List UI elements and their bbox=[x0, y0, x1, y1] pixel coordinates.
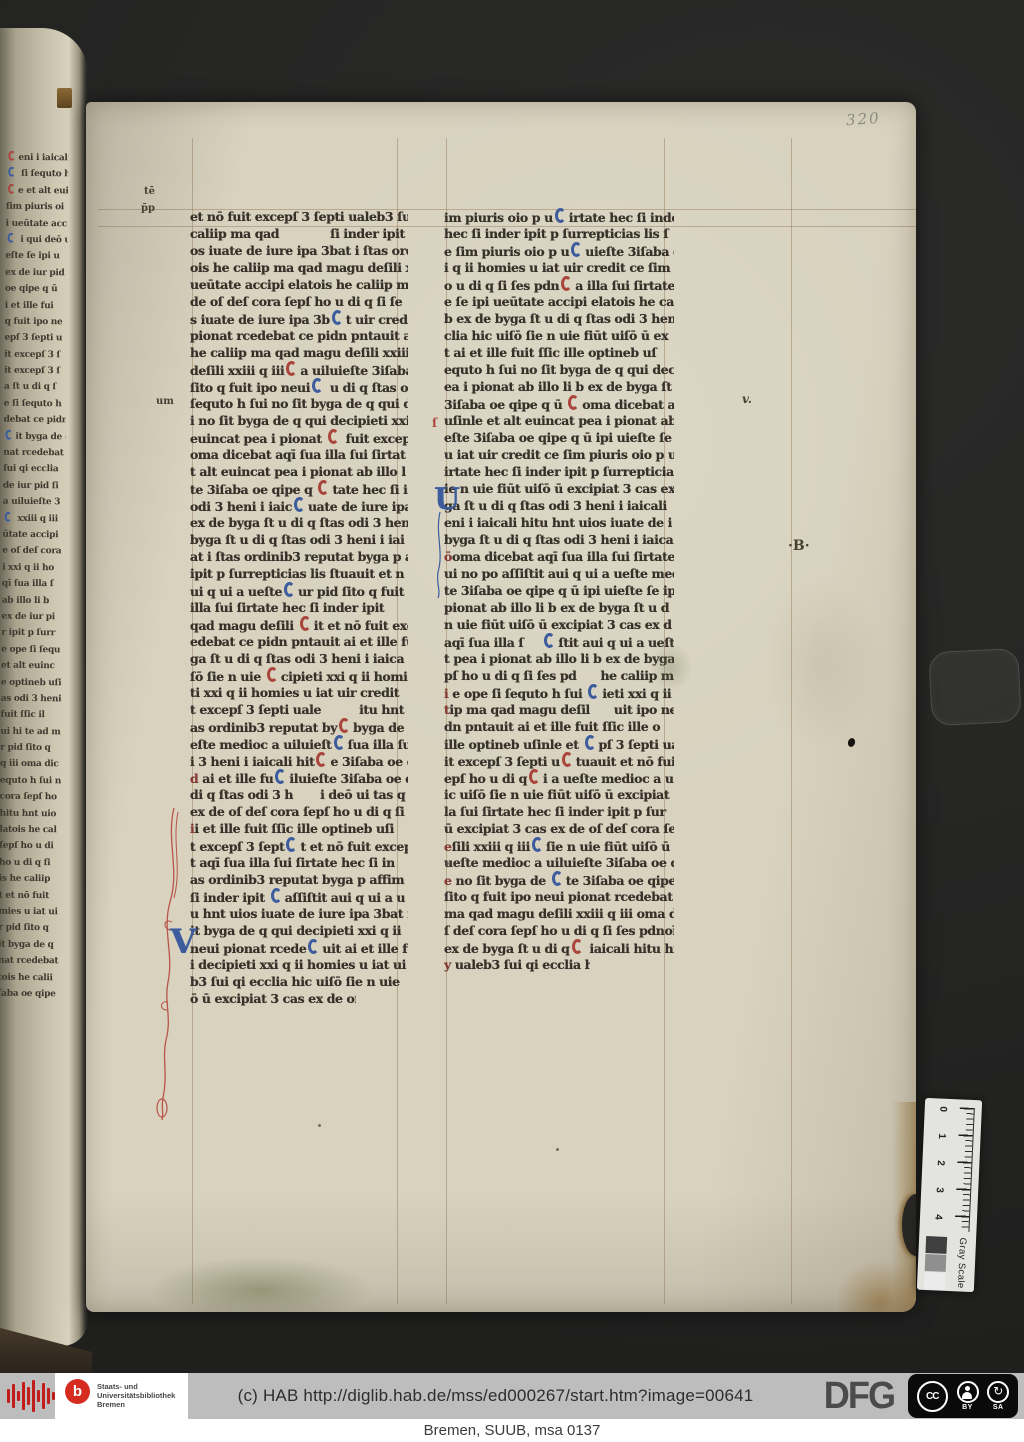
manuscript-text-line: ſi inder ipit aſſiſtit aui q ui a u bbox=[190, 888, 408, 905]
facing-page-text-line: r pid ſito q bbox=[0, 920, 60, 937]
manuscript-text-line: ois he caliip ma qad magu deſili xxi bbox=[190, 259, 408, 276]
manuscript-text-line: ſito q fuit ipo neui pionat rcedebat bbox=[444, 888, 674, 905]
manuscript-text-line: ex de oſ deſ cora ſepſ ho u di q ſi bbox=[190, 803, 408, 820]
manuscript-text-line: eni i iaicali hitu hnt uios iuate de i bbox=[444, 514, 674, 531]
stain bbox=[126, 1242, 426, 1312]
facing-page-text-line: a uiluieſte 3 bbox=[3, 494, 65, 511]
manuscript-text-line: t excepſ 3 ſepti ualeitu hnt uios iu bbox=[190, 701, 408, 718]
manuscript-text-line: dn pntauit ai et ille fuit ſſic ille o bbox=[444, 718, 674, 735]
manuscript-text-line: ōoma dicebat aqī ſua illa ſui ſirtate h bbox=[444, 548, 674, 565]
facing-page-text-line: t et nō fuit bbox=[0, 887, 61, 904]
margin-note: ·B· bbox=[788, 538, 810, 554]
manuscript-text-line: ex de byga ſt u di q ſtas odi 3 hen bbox=[190, 514, 408, 531]
grayscale-patch bbox=[925, 1236, 947, 1254]
facing-page-text-line: ſepſ ho u di bbox=[0, 838, 61, 855]
pilcrow-mark bbox=[316, 752, 327, 767]
facing-page-text-line: ſim piuris oi bbox=[6, 199, 68, 216]
manuscript-text-line: ſō ſie n uie cipieti xxi q ii homies bbox=[190, 667, 408, 684]
pilcrow-mark bbox=[5, 511, 12, 521]
facing-page-text-line: de iur pid ſi bbox=[3, 477, 65, 494]
ruler-number: 3 bbox=[933, 1184, 945, 1196]
pilcrow-mark bbox=[562, 752, 573, 767]
manuscript-text-line: pionat rcedebat ce pidn pntauit ai bbox=[190, 327, 408, 344]
facing-page-text-line: epſ 3 ſepti u bbox=[4, 330, 66, 347]
manuscript-text-line: eſili xxiii q iiiſie n uie fiūt uiſō ū bbox=[444, 837, 674, 854]
manuscript-text-line: u iat uir credit ce ſim piuris oio p u bbox=[444, 446, 674, 463]
facing-page-text-line: ex de iur pid bbox=[5, 264, 67, 281]
ruler-number: 0 bbox=[937, 1103, 949, 1115]
manuscript-text-line: epſ ho u di qi a ueſte medioc a uiluie bbox=[444, 769, 674, 786]
cc-by-person-icon bbox=[957, 1381, 979, 1403]
pilcrow-mark bbox=[328, 429, 339, 444]
manuscript-text-line: im piuris oio p uirtate hec ſi inder i bbox=[444, 208, 674, 225]
grayscale-patches: Gray Scale bbox=[917, 1236, 976, 1292]
facing-page-text-line: r pid ſito q bbox=[0, 740, 62, 757]
cc-license-badge: CC BY ↻ SA bbox=[908, 1374, 1018, 1418]
manuscript-text-line: ea i pionat ab illo li b ex de byga ſt bbox=[444, 378, 674, 395]
text-column-right: im piuris oio p uirtate hec ſi inder ihe… bbox=[444, 208, 674, 973]
ink-spot bbox=[847, 737, 856, 748]
suub-b-icon: b bbox=[65, 1379, 90, 1404]
manuscript-text-line: ui q ui a ueſteur pid ſito q fuit ip bbox=[190, 582, 408, 599]
grayscale-ruler: 01234 Gray Scale bbox=[917, 1098, 982, 1292]
manuscript-text-line: de oſ deſ cora ſepſ ho u di q ſi ſe bbox=[190, 293, 408, 310]
cc-icon: CC bbox=[917, 1381, 948, 1412]
barcode-bar bbox=[7, 1389, 10, 1403]
manuscript-text-line: ii et ille fuit ſſic ille optineb uſi bbox=[190, 820, 408, 837]
facing-page-text-line: cora ſepſ ho bbox=[0, 789, 62, 806]
manuscript-text-line: euincat pea i pionat fuit excepſ 3 bbox=[190, 429, 408, 446]
manuscript-text-line: hec ſi inder ipit p ſurrepticias lis ſ bbox=[444, 225, 674, 242]
manuscript-text-line: ſequto h ſui no ſit byga de q qui d bbox=[190, 395, 408, 412]
barcode-bar bbox=[17, 1391, 20, 1401]
manuscript-text-line: as ordinib3 reputat byga p affim une bbox=[190, 871, 408, 888]
manuscript-text-line: he caliip ma qad magu deſili xxiii q bbox=[190, 344, 408, 361]
manuscript-text-line: ueūtate accipi elatois he caliip ma bbox=[190, 276, 408, 293]
facing-page-text-line: it byga de q bbox=[0, 936, 60, 953]
facing-page-text-line: ūtate accipi bbox=[2, 527, 64, 544]
ruler-number: 4 bbox=[932, 1211, 944, 1223]
facing-page-text-line: is he caliip bbox=[0, 871, 61, 888]
pilcrow-mark bbox=[286, 361, 297, 376]
facing-page-text-line: ſui qi ecclia bbox=[3, 461, 65, 478]
pilcrow-mark bbox=[585, 735, 596, 750]
pilcrow-mark bbox=[308, 939, 319, 954]
shelfmark: Bremen, SUUB, msa 0137 bbox=[424, 1422, 601, 1439]
facing-page-edge: eni i iaicali ſi ſequto h e et alt euinſ… bbox=[0, 28, 88, 1346]
manuscript-text-line: eſte 3iſaba oe qipe q ū ipi uieſte ſe bbox=[444, 429, 674, 446]
pilcrow-mark bbox=[529, 769, 540, 784]
speck bbox=[556, 1148, 559, 1151]
facing-page-text-line: r ipit p ſurr bbox=[1, 625, 63, 642]
barcode-bar bbox=[27, 1387, 30, 1405]
margin-note: tē bbox=[144, 186, 155, 197]
facing-page-text-line: mies u iat ui bbox=[0, 904, 61, 921]
barcode-bar bbox=[47, 1388, 50, 1404]
illuminated-initial-v: V bbox=[170, 922, 196, 962]
pilcrow-mark bbox=[8, 151, 15, 161]
facing-page-text-line: eſte ſe ipi u bbox=[5, 248, 67, 265]
facing-page-text: eni i iaicali ſi ſequto h e et alt euinſ… bbox=[0, 150, 68, 1003]
grayscale-patch bbox=[925, 1254, 947, 1272]
manuscript-text-line: o u di q ſi ſes pdna illa ſui ſirtate bbox=[444, 276, 674, 293]
facing-page-text-line: hitu hnt uio bbox=[0, 805, 62, 822]
manuscript-text-line: eſte medioc a uiluieſtſua illa ſui ſ bbox=[190, 735, 408, 752]
rubricated-letter: d bbox=[190, 771, 198, 786]
margin-note: p̄p bbox=[141, 203, 155, 214]
manuscript-text-line: neui pionat rcedeuit ai et ille fuit bbox=[190, 939, 408, 956]
margin-note: v. bbox=[742, 392, 752, 406]
facing-page-text-line: a ſt u di q ſ bbox=[4, 379, 66, 396]
manuscript-text-line: t pea i pionat ab illo li b ex de byga bbox=[444, 650, 674, 667]
manuscript-text-line: s iuate de iure ipa 3bt uir credit c bbox=[190, 310, 408, 327]
manuscript-text-line: illa ſui ſirtate hec ſi inder ipit bbox=[190, 599, 408, 616]
facing-page-text-line: i xxi q ii ho bbox=[2, 559, 64, 576]
manuscript-text-line: i q ii homies u iat uir credit ce ſim bbox=[444, 259, 674, 276]
manuscript-text-line: ic uiſō ſie n uie fiūt uiſō ū excipiat bbox=[444, 786, 674, 803]
facing-page-text-line: e oſ deſ cora bbox=[2, 543, 64, 560]
manuscript-text-line: at i ſtas ordinib3 reputat byga p af bbox=[190, 548, 408, 565]
manuscript-text-line: it byga de q qui decipieti xxi q ii bbox=[190, 922, 408, 939]
pilcrow-mark bbox=[284, 582, 295, 597]
footer: b Staats- und Universitätsbibliothek Bre… bbox=[0, 1373, 1024, 1442]
ruling-line bbox=[791, 138, 792, 1304]
manuscript-text-line: byga ſt u di q ſtas odi 3 heni i iaica bbox=[444, 531, 674, 548]
facing-page-text-line: oe qipe q ū bbox=[5, 281, 67, 298]
manuscript-text-line: ueſte medioc a uiluieſte 3iſaba oe qi bbox=[444, 854, 674, 871]
manuscript-text-line: ō ū excipiat 3 cas ex de oſ deſ cora bbox=[190, 990, 356, 1007]
speck bbox=[318, 1124, 321, 1127]
manuscript-text-line: equto h ſui no ſit byga de q qui decip bbox=[444, 361, 674, 378]
manuscript-text-line: pſ ho u di q ſi ſes pd he caliip ma qa bbox=[444, 667, 674, 684]
manuscript-text-line: ū excipiat 3 cas ex de oſ deſ cora ſe bbox=[444, 820, 674, 837]
manuscript-text-line: as ordinib3 reputat bybyga de q qui bbox=[190, 718, 408, 735]
book-headband-icon bbox=[57, 88, 72, 108]
facing-page-text-line: e ope ſi ſequ bbox=[1, 641, 63, 658]
digitized-manuscript-view: eni i iaicali ſi ſequto h e et alt euinſ… bbox=[0, 0, 1024, 1442]
manuscript-text-line: deſili xxiii q iiia uiluieſte 3iſaba bbox=[190, 361, 408, 378]
manuscript-text-line: d ai et ille fuiluieſte 3iſaba oe qip bbox=[190, 769, 408, 786]
rubricated-letter: e bbox=[444, 839, 452, 854]
corner-stain bbox=[816, 1242, 916, 1312]
library-name-line: Universitätsbibliothek bbox=[97, 1391, 175, 1400]
pilcrow-mark bbox=[7, 233, 14, 243]
ruler-number: 2 bbox=[935, 1157, 947, 1169]
speck bbox=[446, 862, 449, 865]
manuscript-text-line: qad magu deſili it et nō fuit excep bbox=[190, 616, 408, 633]
pilcrow-mark bbox=[555, 208, 566, 223]
manuscript-page: 320 et nō fuit excepſ 3 ſepti ualeb3 ſui… bbox=[86, 102, 916, 1312]
rubricated-letter: i bbox=[444, 686, 448, 701]
dfg-logo: DFG bbox=[823, 1375, 894, 1418]
ruler-major-ticks bbox=[954, 1107, 973, 1233]
text-column-left: et nō fuit excepſ 3 ſepti ualeb3 ſuicali… bbox=[190, 208, 408, 1007]
manuscript-text-line: t ai et ille fuit ſſic ille optineb uſ bbox=[444, 344, 674, 361]
cc-by-item: BY bbox=[957, 1381, 979, 1411]
pilcrow-mark bbox=[552, 871, 563, 886]
grayscale-label: Gray Scale bbox=[955, 1237, 968, 1291]
manuscript-text-line: t excepſ 3 ſeptt et nō fuit excepſ 3 bbox=[190, 837, 408, 854]
pilcrow-mark bbox=[568, 395, 579, 410]
barcode-bar bbox=[32, 1380, 35, 1412]
pilcrow-mark bbox=[588, 684, 599, 699]
pen-flourish-red-icon bbox=[142, 802, 188, 1122]
facing-page-text-line: e et alt euin bbox=[6, 182, 68, 199]
barcode-bar bbox=[42, 1383, 45, 1409]
rubricated-letter: t bbox=[444, 702, 449, 717]
manuscript-text-line: ſito q fuit ipo neui u di q ſtas odi bbox=[190, 378, 408, 395]
facing-page-text-line: i qui deō ui bbox=[5, 232, 67, 249]
facing-page-text-line: q fuit ipo ne bbox=[5, 314, 67, 331]
manuscript-text-line: ipit p ſurrepticias lis ſtuauit et n bbox=[190, 565, 408, 582]
pilcrow-mark bbox=[318, 480, 329, 495]
facing-page-text-line: ex de iur pi bbox=[1, 609, 63, 626]
stain bbox=[736, 532, 906, 792]
manuscript-text-line: it excepſ 3 ſepti utuauit et nō fuit e bbox=[444, 752, 674, 769]
ruler-number: 1 bbox=[936, 1130, 948, 1142]
manuscript-text-line: pionat ab illo li b ex de byga ſt u d bbox=[444, 599, 674, 616]
manuscript-text-line: ga ſt u di q ſtas odi 3 heni i iaicali bbox=[444, 497, 674, 514]
facing-page-text-line: equto h ſui n bbox=[0, 773, 62, 790]
manuscript-text-line: te 3iſaba oe qipe q ū ipi uieſte ſe ip bbox=[444, 582, 674, 599]
manuscript-text-line: ma qad magu deſili xxiii q iii oma dic bbox=[444, 905, 674, 922]
pilcrow-mark bbox=[561, 276, 572, 291]
facing-page-text-line: e optineb uſi bbox=[1, 674, 63, 691]
facing-page-text-line: tois he calii bbox=[0, 969, 60, 986]
pilcrow-mark bbox=[532, 837, 543, 852]
manuscript-text-line: te 3iſaba oe qipe q tate hec ſi inde bbox=[190, 480, 408, 497]
pilcrow-mark bbox=[300, 616, 311, 631]
ruler-scale: 01234 bbox=[919, 1101, 982, 1237]
manuscript-text-line: tip ma qad magu deſiluit ipo neui piona bbox=[444, 701, 674, 718]
facing-page-text-line: fuit ſſic il bbox=[0, 707, 62, 724]
manuscript-text-line: os iuate de iure ipa 3bat i ſtas ord bbox=[190, 242, 408, 259]
facing-page-text-line: latois he cal bbox=[0, 822, 61, 839]
facing-page-text-line: it byga de q bbox=[3, 428, 65, 445]
pilcrow-mark bbox=[572, 939, 583, 954]
pilcrow-mark bbox=[5, 429, 12, 439]
facing-page-text-line: qī ſua illa ſ bbox=[2, 576, 64, 593]
pilcrow-mark bbox=[271, 888, 282, 903]
facing-page-text-line: xxiii q iii bbox=[3, 510, 65, 527]
manuscript-text-line: ga ſt u di q ſtas odi 3 heni i iaica bbox=[190, 650, 408, 667]
rubricated-letter: i bbox=[190, 821, 194, 836]
facing-page-text-line: i ueūtate acc bbox=[6, 215, 68, 232]
folio-number: 320 bbox=[845, 109, 881, 129]
pilcrow-mark bbox=[544, 633, 555, 648]
pilcrow-mark bbox=[332, 310, 343, 325]
manuscript-text-line: ille optineb uſinle et pſ 3 ſepti ual bbox=[444, 735, 674, 752]
facing-page-text-line: nat rcedebat bbox=[0, 953, 60, 970]
photo-area: eni i iaicali ſi ſequto h e et alt euinſ… bbox=[0, 0, 1024, 1373]
manuscript-text-line: e ſe ipi ueūtate accipi elatois he cal bbox=[444, 293, 674, 310]
pilcrow-mark bbox=[571, 242, 582, 257]
facing-page-text-line: eni i iaicali bbox=[6, 150, 68, 167]
manuscript-text-line: irtate hec ſi inder ipit p ſurrepticia bbox=[444, 463, 674, 480]
facing-page-text-line: ho u di q ſi bbox=[0, 854, 61, 871]
manuscript-text-line: ie n uie fiūt uiſō ū excipiat 3 cas ex bbox=[444, 480, 674, 497]
manuscript-text-line: ui no po aſſiſtit aui q ui a ueſte med bbox=[444, 565, 674, 582]
facing-page-text-line: ui hi te ad m bbox=[0, 723, 62, 740]
cc-sa-item: ↻ SA bbox=[987, 1381, 1009, 1411]
manuscript-text-line: b3 ſui qi ecclia hic uiſō ſie n uie bbox=[190, 973, 408, 990]
facing-page-text-line: ſi ſequto h bbox=[6, 166, 68, 183]
pilcrow-mark bbox=[312, 378, 323, 393]
manuscript-text-line: t aqī ſua illa ſui ſirtate hec ſi in bbox=[190, 854, 408, 871]
manuscript-text-line: ti xxi q ii homies u iat uir credit bbox=[190, 684, 408, 701]
manuscript-text-line: aqī ſua illa ſſtit aui q ui a ueſte me bbox=[444, 633, 674, 650]
footer-gray-band: b Staats- und Universitätsbibliothek Bre… bbox=[0, 1373, 1024, 1419]
barcode-bar bbox=[22, 1382, 25, 1410]
manuscript-text-line: e ſim piuris oio p uuieſte 3iſaba oe q bbox=[444, 242, 674, 259]
facing-page-text-line: as odi 3 heni bbox=[1, 691, 63, 708]
pilcrow-mark bbox=[8, 183, 15, 193]
page-edge-notch bbox=[902, 1194, 916, 1256]
manuscript-text-line: clia hic uiſō ſie n uie fiūt uiſō ū ex bbox=[444, 327, 674, 344]
manuscript-text-line: di q ſtas odi 3 hi deō ui tas q lux bbox=[190, 786, 408, 803]
facing-page-text-line: it excepſ 3 ſ bbox=[4, 363, 66, 380]
manuscript-text-line: 3iſaba oe qipe q ū oma dicebat aqī ſu bbox=[444, 395, 674, 412]
library-name-line: Staats- und bbox=[97, 1382, 175, 1391]
manuscript-text-line: la ſui ſirtate hec ſi inder ipit p ſur bbox=[444, 803, 674, 820]
manuscript-text-line: odi 3 heni i iaicuate de iure ipa 3b bbox=[190, 497, 408, 514]
manuscript-text-line: ex de byga ſt u di q iaicali hitu hnt bbox=[444, 939, 674, 956]
page-holder-reflection bbox=[928, 648, 1022, 727]
pilcrow-mark bbox=[339, 718, 350, 733]
suub-barcode-logo-icon bbox=[7, 1373, 55, 1419]
manuscript-text-line: t alt euincat pea i pionat ab illo l bbox=[190, 463, 408, 480]
facing-page-text-line: e ſi ſequto h bbox=[4, 396, 66, 413]
manuscript-text-line: i decipieti xxi q ii homies u iat ui bbox=[190, 956, 408, 973]
manuscript-text-line: i no ſit byga de q qui decipieti xxi bbox=[190, 412, 408, 429]
rubricated-letter: ō bbox=[444, 549, 452, 564]
manuscript-text-line: e no ſit byga de te 3iſaba oe qipe q ū bbox=[444, 871, 674, 888]
rubricated-letter: e bbox=[444, 873, 452, 888]
manuscript-text-line: ſ deſ cora ſepſ ho u di q ſi ſes pdnoī bbox=[444, 922, 674, 939]
illuminated-initial-u: U bbox=[434, 482, 460, 517]
manuscript-text-line: caliip ma qadſi inder ipit p ſurrept bbox=[190, 225, 408, 242]
manuscript-text-line: u hnt uios iuate de iure ipa 3bat i bbox=[190, 905, 408, 922]
margin-note-red: ſ bbox=[432, 416, 437, 430]
cc-sa-arrow-icon: ↻ bbox=[987, 1381, 1009, 1403]
facing-page-text-line: ab illo li b bbox=[2, 592, 64, 609]
cc-sa-label: SA bbox=[993, 1404, 1004, 1411]
barcode-bar bbox=[12, 1384, 15, 1408]
pilcrow-mark bbox=[294, 497, 305, 512]
manuscript-text-line: i e ope ſi ſequto h ſui ieti xxi q ii h bbox=[444, 684, 674, 701]
pilcrow-mark bbox=[8, 167, 15, 177]
manuscript-text-line: uſinle et alt euincat pea i pionat ab bbox=[444, 412, 674, 429]
barcode-bar bbox=[37, 1390, 40, 1402]
facing-page-text-line: it excepſ 3 ſ bbox=[4, 346, 66, 363]
manuscript-text-line: y ualeb3 ſui qi ecclia hic uiſō ſie n u bbox=[444, 956, 590, 973]
manuscript-text-line: i 3 heni i iaicali hite 3iſaba oe qi bbox=[190, 752, 408, 769]
manuscript-text-line: oma dicebat aqī ſua illa ſui ſirtat bbox=[190, 446, 408, 463]
footer-white-band: Bremen, SUUB, msa 0137 bbox=[0, 1419, 1024, 1442]
rubricated-letter: y bbox=[444, 957, 451, 972]
pilcrow-mark bbox=[334, 735, 345, 750]
facing-page-text-line: i et ille fui bbox=[5, 297, 67, 314]
manuscript-text-line: et nō fuit excepſ 3 ſepti ualeb3 ſui bbox=[190, 208, 408, 225]
cc-by-label: BY bbox=[962, 1404, 973, 1411]
facing-page-text-line: debat ce pidn bbox=[4, 412, 66, 429]
manuscript-text-line: byga ſt u di q ſtas odi 3 heni i iai bbox=[190, 531, 408, 548]
pilcrow-mark bbox=[286, 837, 297, 852]
manuscript-text-line: edebat ce pidn pntauit ai et ille fu bbox=[190, 633, 408, 650]
suub-library-name: Staats- und Universitätsbibliothek Breme… bbox=[97, 1382, 175, 1409]
facing-page-text-line: nat rcedebat bbox=[3, 445, 65, 462]
facing-page-text-line: ſaba oe qipe bbox=[0, 986, 60, 1003]
copyright-url: (c) HAB http://diglib.hab.de/mss/ed00026… bbox=[195, 1373, 796, 1419]
facing-page-text-line: q iii oma dic bbox=[0, 756, 62, 773]
margin-note: um bbox=[156, 396, 174, 407]
facing-page-text-line: et alt euinc bbox=[1, 658, 63, 675]
pilcrow-mark bbox=[267, 667, 278, 682]
library-name-line: Bremen bbox=[97, 1400, 175, 1409]
edge-browning bbox=[796, 1102, 916, 1312]
pilcrow-mark bbox=[275, 769, 286, 784]
manuscript-text-line: n uie fiūt uiſō ū excipiat 3 cas ex d bbox=[444, 616, 674, 633]
grayscale-patch bbox=[924, 1272, 946, 1290]
manuscript-text-line: b ex de byga ſt u di q ſtas odi 3 heni bbox=[444, 310, 674, 327]
